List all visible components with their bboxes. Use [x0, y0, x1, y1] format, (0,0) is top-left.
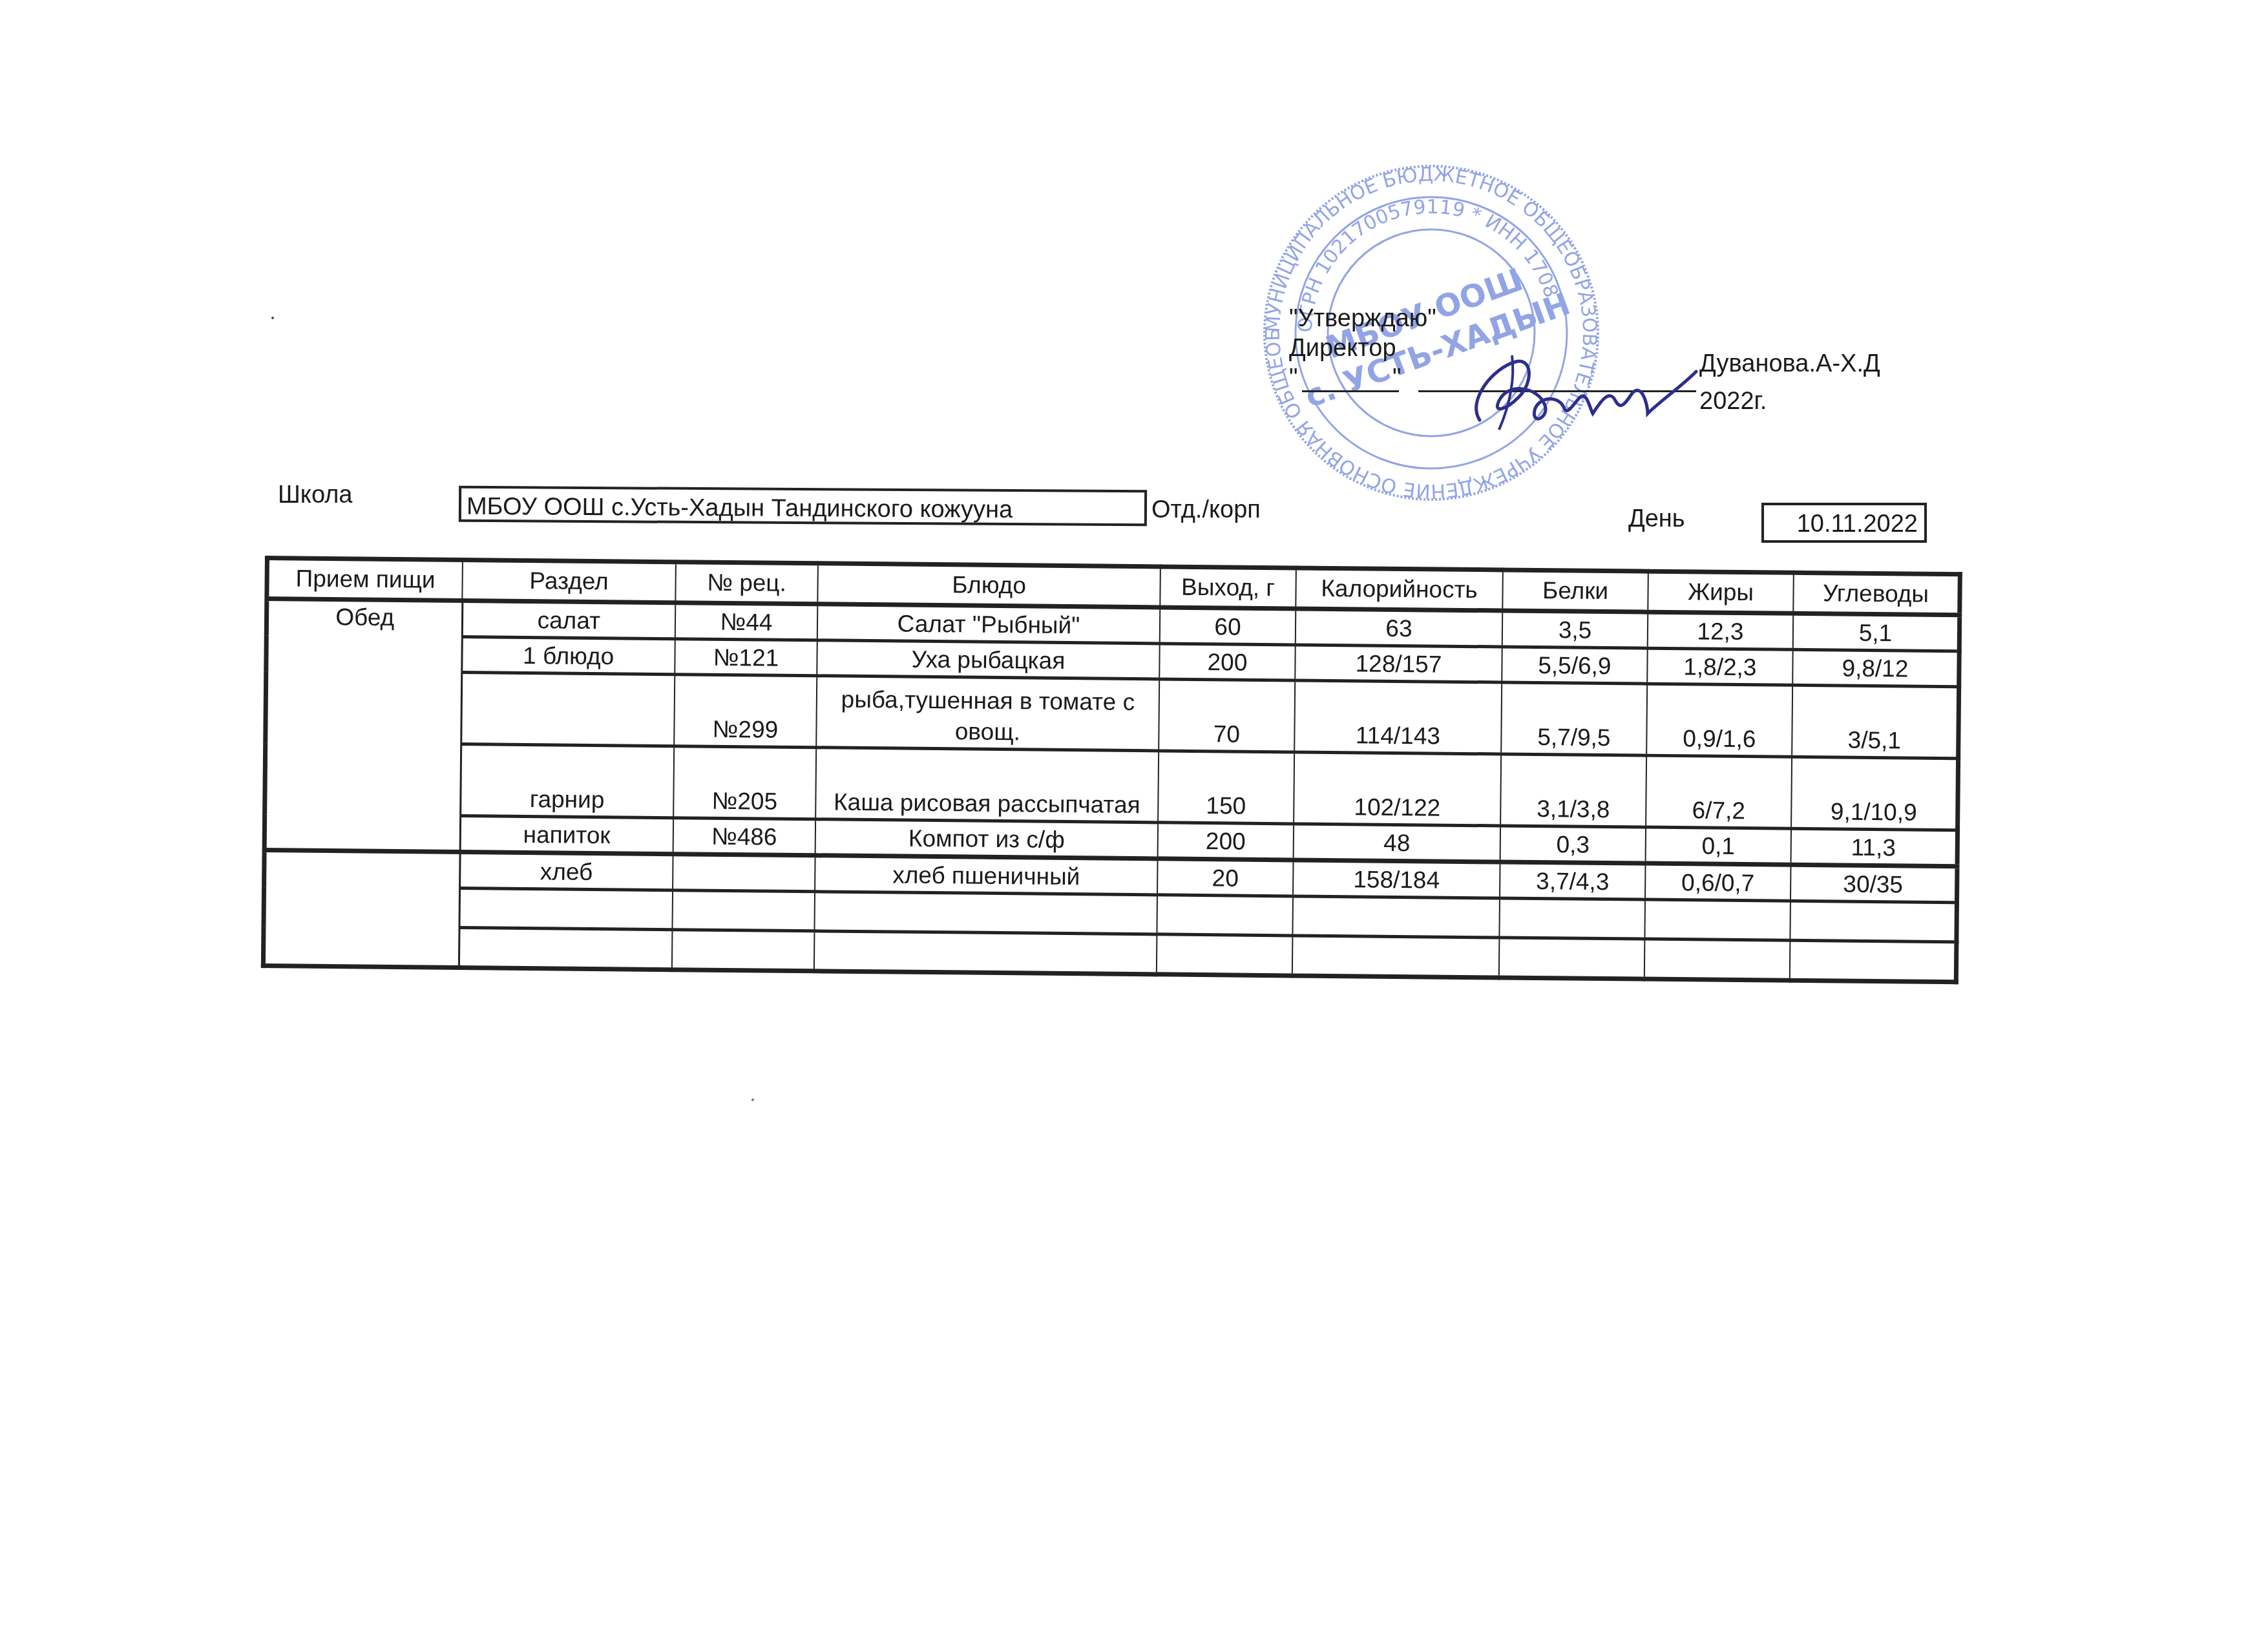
- carbs-cell: 11,3: [1791, 828, 1958, 866]
- section-cell: [459, 928, 673, 970]
- section-cell: напиток: [460, 816, 674, 854]
- section-cell: 1 блюдо: [461, 637, 675, 675]
- dish-cell: Каша рисовая рассыпчатая: [815, 748, 1159, 823]
- col-dish: Блюдо: [817, 563, 1160, 607]
- date-close-quote: ": [1392, 363, 1402, 393]
- calories-cell: 128/157: [1295, 645, 1502, 682]
- protein-cell: [1499, 898, 1645, 939]
- fat-cell: 0,1: [1646, 827, 1792, 865]
- date-open-quote: ": [1289, 363, 1298, 393]
- dish-cell: Уха рыбацкая: [817, 640, 1160, 679]
- fat-cell: [1644, 939, 1790, 980]
- dish-cell: Компот из с/ф: [815, 819, 1159, 859]
- col-fat: Жиры: [1648, 571, 1794, 613]
- protein-cell: 3,5: [1502, 611, 1648, 648]
- protein-cell: 5,5/6,9: [1502, 647, 1648, 684]
- yield-cell: 60: [1160, 607, 1296, 645]
- calories-cell: [1292, 936, 1500, 978]
- fat-cell: 12,3: [1648, 612, 1794, 649]
- dish-cell: рыба,тушенная в томате с овощ.: [816, 676, 1159, 751]
- protein-cell: 3,1/3,8: [1500, 754, 1646, 827]
- dish-cell: [814, 931, 1157, 974]
- section-cell: салат: [462, 601, 676, 639]
- yield-cell: 150: [1158, 751, 1294, 824]
- section-cell: [461, 673, 675, 746]
- section-cell: [459, 888, 673, 930]
- approval-block: "Утверждаю" Директор " ": [1289, 304, 1436, 393]
- protein-cell: 3,7/4,3: [1500, 862, 1646, 899]
- recipe-cell: №299: [674, 675, 817, 748]
- recipe-cell: №205: [673, 746, 816, 819]
- recipe-cell: №121: [675, 639, 817, 676]
- carbs-cell: [1790, 901, 1957, 941]
- yield-cell: 20: [1157, 859, 1294, 896]
- meal-cell: Обед: [264, 599, 462, 852]
- fat-cell: 0,9/1,6: [1646, 684, 1792, 757]
- approval-year: 2022г.: [1699, 388, 1767, 415]
- col-recipe: № рец.: [675, 562, 818, 604]
- recipe-cell: №44: [675, 603, 818, 640]
- col-calories: Калорийность: [1296, 568, 1503, 611]
- protein-cell: 5,7/9,5: [1501, 682, 1647, 755]
- date-blank-line: [1302, 390, 1399, 392]
- department-label: Отд./корп: [1151, 496, 1261, 524]
- col-protein: Белки: [1502, 570, 1648, 612]
- calories-cell: [1292, 896, 1500, 938]
- calories-cell: 48: [1294, 824, 1501, 862]
- col-meal: Прием пищи: [267, 558, 463, 601]
- calories-cell: 114/143: [1294, 680, 1502, 754]
- yield-cell: 200: [1159, 644, 1296, 680]
- carbs-cell: 9,1/10,9: [1791, 757, 1958, 830]
- day-value-field: 10.11.2022: [1761, 503, 1927, 543]
- scan-speck: [271, 317, 274, 319]
- protein-cell: 0,3: [1500, 826, 1646, 863]
- recipe-cell: [673, 854, 815, 892]
- fat-cell: 0,6/0,7: [1645, 863, 1791, 901]
- school-name-field: МБОУ ООШ с.Усть-Хадын Тандинского кожуун…: [459, 486, 1147, 527]
- dish-cell: [814, 892, 1157, 934]
- yield-cell: 200: [1158, 823, 1294, 860]
- scan-speck: [751, 1098, 754, 1101]
- scanned-menu-page: МУНИЦИПАЛЬНОЕ БЮДЖЕТНОЕ ОБЩЕОБРАЗОВАТЕЛЬ…: [0, 0, 2268, 1649]
- protein-cell: [1499, 938, 1645, 979]
- recipe-cell: [672, 930, 815, 971]
- col-yield: Выход, г: [1160, 567, 1296, 609]
- calories-cell: 158/184: [1293, 860, 1500, 898]
- yield-cell: 70: [1159, 679, 1295, 752]
- fat-cell: 1,8/2,3: [1647, 648, 1793, 685]
- signature-icon: [1454, 342, 1699, 433]
- calories-cell: 63: [1296, 609, 1503, 647]
- recipe-cell: [672, 890, 815, 931]
- approve-label: "Утверждаю": [1289, 304, 1436, 333]
- menu-table-wrapper: Прием пищи Раздел № рец. Блюдо Выход, г …: [5, 0, 2268, 19]
- carbs-cell: [1790, 940, 1957, 982]
- carbs-cell: 30/35: [1790, 865, 1957, 902]
- section-cell: хлеб: [459, 852, 673, 890]
- col-section: Раздел: [462, 560, 676, 603]
- carbs-cell: 3/5,1: [1792, 685, 1959, 758]
- director-position: Директор: [1289, 333, 1436, 363]
- school-label: Школа: [278, 481, 352, 509]
- dish-cell: Салат "Рыбный": [817, 604, 1160, 644]
- carbs-cell: 9,8/12: [1792, 649, 1959, 686]
- meal-cell: [263, 850, 459, 968]
- fat-cell: [1644, 899, 1790, 940]
- fat-cell: 6/7,2: [1646, 755, 1792, 828]
- menu-table: Прием пищи Раздел № рец. Блюдо Выход, г …: [261, 556, 1962, 984]
- director-name: Дуванова.А-Х.Д: [1699, 350, 1880, 378]
- col-carbs: Углеводы: [1793, 572, 1960, 614]
- yield-cell: [1157, 895, 1293, 936]
- dish-cell: хлеб пшеничный: [815, 856, 1158, 895]
- yield-cell: [1157, 934, 1293, 976]
- calories-cell: 102/122: [1294, 752, 1501, 826]
- recipe-cell: №486: [673, 818, 816, 856]
- carbs-cell: 5,1: [1793, 613, 1960, 651]
- approval-date-line: " ": [1289, 363, 1436, 393]
- section-cell: гарнир: [460, 744, 674, 818]
- day-label: День: [1628, 505, 1685, 533]
